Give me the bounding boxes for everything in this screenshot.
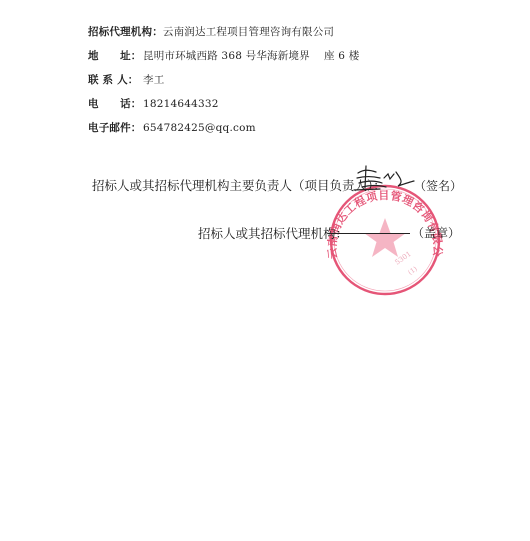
company-seal-stamp: 云南润达工程项目管理咨询有限公司 5301 (1) [0,0,530,541]
seal-suffix: （盖章） [412,224,460,241]
email-row: 电子邮件：654782425@qq.com [88,121,256,135]
contact-row: 联 系 人：李工 [88,73,164,87]
address-row: 地 址：昆明市环城西路 368 号华海新境界 座 6 楼 [88,49,359,63]
contact-label: 联 系 人： [88,73,143,87]
responsible-person-label: 招标人或其招标代理机构主要负责人（项目负责人）： [92,176,386,194]
address-value: 昆明市环城西路 368 号华海新境界 座 6 楼 [143,50,359,62]
phone-row: 电 话：18214644332 [88,97,219,111]
agency-label: 招标代理机构： [88,25,163,39]
agency-seal-label: 招标人或其招标代理机构： [198,224,348,242]
signature-suffix: （签名） [414,177,462,194]
email-value: 654782425@qq.com [143,122,256,134]
seal-underline [328,233,410,234]
handwritten-signature [0,0,530,541]
agency-value: 云南润达工程项目管理咨询有限公司 [163,26,334,38]
contact-value: 李工 [143,74,164,86]
phone-label: 电 话： [88,97,143,111]
svg-text:(1): (1) [407,265,420,277]
stamp-star-icon [364,218,406,257]
svg-text:5301: 5301 [394,250,413,267]
address-label: 地 址： [88,49,143,63]
agency-row: 招标代理机构：云南润达工程项目管理咨询有限公司 [88,25,334,39]
email-label: 电子邮件： [88,121,143,135]
phone-value: 18214644332 [143,98,219,110]
